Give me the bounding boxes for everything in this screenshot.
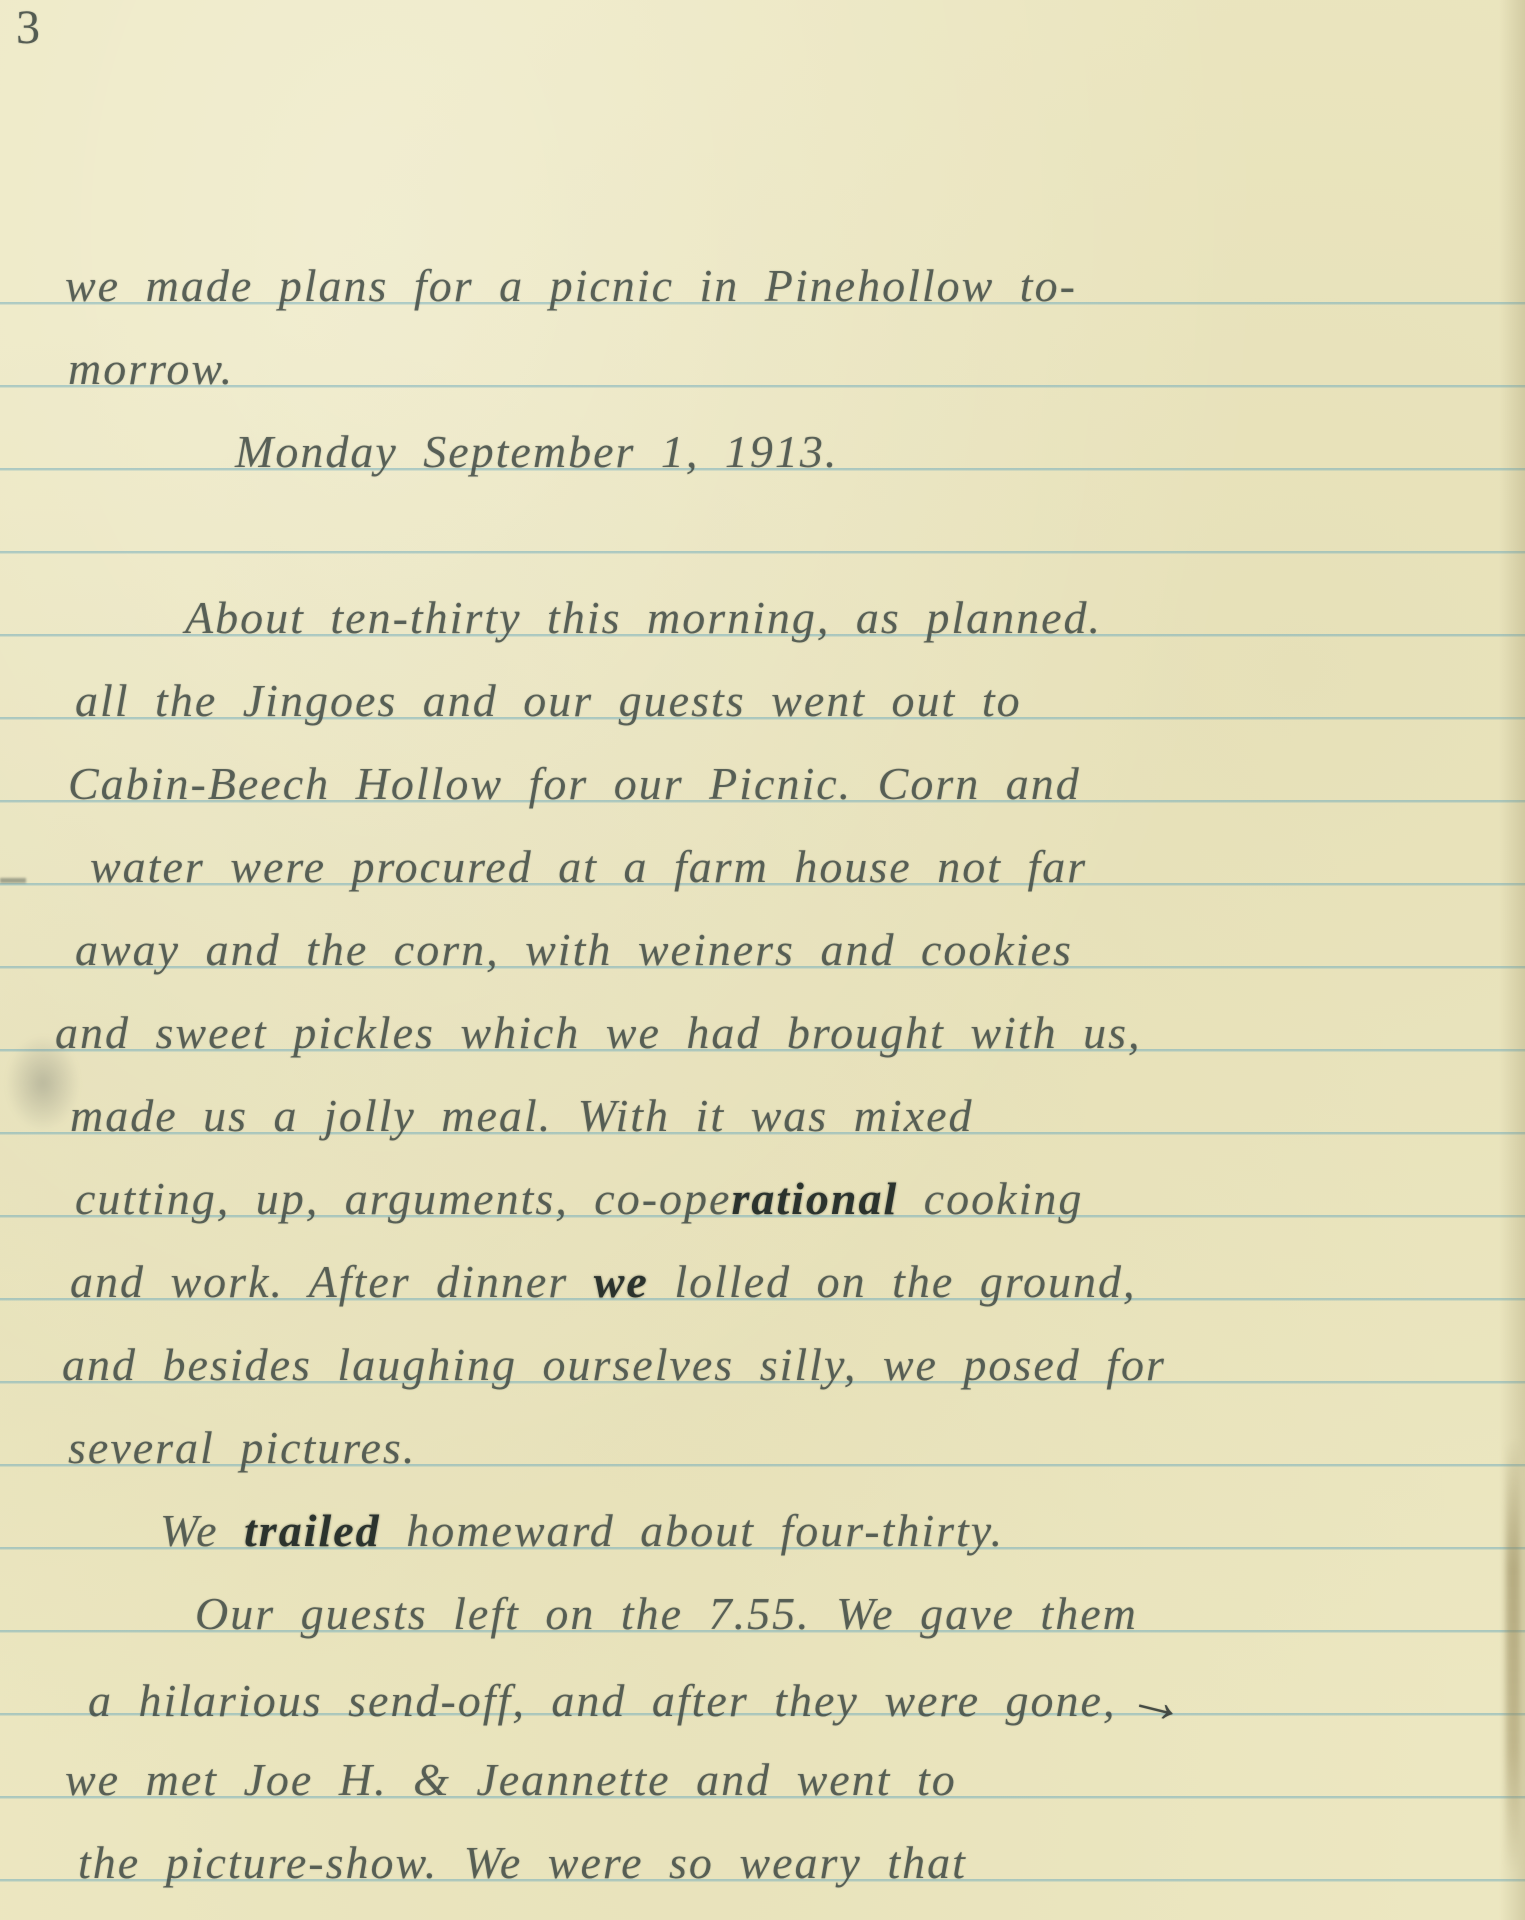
- diary-line: made us a jolly meal. With it was mixed: [70, 1093, 974, 1139]
- overwritten-word: trailed: [244, 1505, 381, 1556]
- diary-line: We trailed homeward about four-thirty.: [160, 1508, 1004, 1554]
- diary-line: water were procured at a farm house not …: [90, 844, 1087, 890]
- overwritten-word: we: [594, 1256, 649, 1307]
- diary-page: 3 we made plans for a picnic in Pineholl…: [0, 0, 1525, 1920]
- line-segment: cutting, up, arguments, co-ope: [75, 1173, 731, 1224]
- diary-line: Our guests left on the 7.55. We gave the…: [195, 1591, 1138, 1637]
- diary-line: several pictures.: [68, 1425, 416, 1471]
- line-segment: lolled on the ground,: [649, 1256, 1137, 1307]
- line-segment: cooking: [898, 1173, 1083, 1224]
- overwritten-word: rational: [731, 1173, 898, 1224]
- diary-line: and sweet pickles which we had brought w…: [55, 1010, 1142, 1056]
- line-segment: homeward about four-thirty.: [381, 1505, 1005, 1556]
- arrow-mark: →: [1125, 1671, 1194, 1730]
- page-number: 3: [16, 0, 40, 55]
- diary-line: away and the corn, with weiners and cook…: [75, 927, 1073, 973]
- diary-line: we made plans for a picnic in Pinehollow…: [65, 263, 1077, 309]
- diary-line: the picture-show. We were so weary that: [78, 1840, 967, 1886]
- diary-line: Cabin-Beech Hollow for our Picnic. Corn …: [68, 761, 1081, 807]
- diary-date-heading: Monday September 1, 1913.: [235, 429, 838, 475]
- diary-line: a hilarious send-off, and after they wer…: [88, 1674, 1190, 1724]
- line-segment: a hilarious send-off, and after they wer…: [88, 1675, 1116, 1726]
- diary-line: About ten-thirty this morning, as planne…: [185, 595, 1102, 641]
- line-segment: and work. After dinner: [70, 1256, 594, 1307]
- diary-line: we met Joe H. & Jeannette and went to: [65, 1757, 957, 1803]
- diary-line: and besides laughing ourselves silly, we…: [62, 1342, 1166, 1388]
- pencil-tick-mark: [0, 878, 26, 883]
- diary-line: morrow.: [68, 346, 234, 392]
- line-segment: We: [160, 1505, 244, 1556]
- paper-tear-mark: [1506, 1440, 1520, 1870]
- diary-line: all the Jingoes and our guests went out …: [75, 678, 1022, 724]
- diary-line: cutting, up, arguments, co-operational c…: [75, 1176, 1083, 1222]
- diary-line: and work. After dinner we lolled on the …: [70, 1259, 1137, 1305]
